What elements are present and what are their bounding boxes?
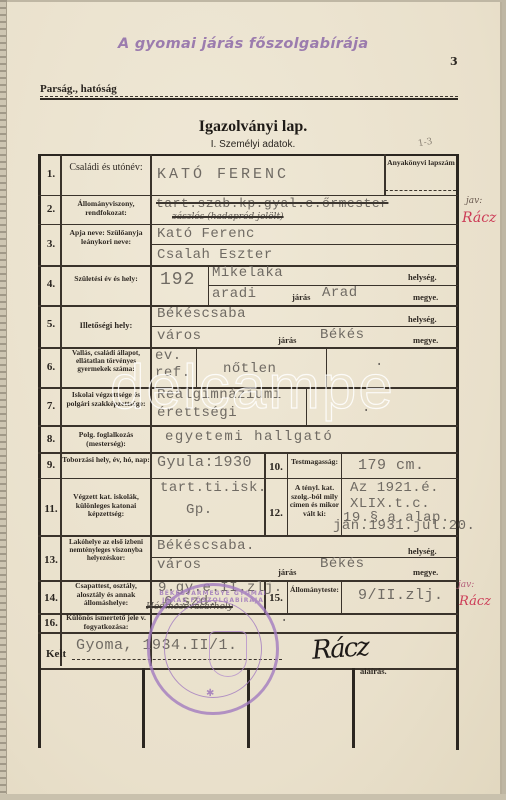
authority-label: Parság., hatóság [40, 83, 117, 95]
seal-crest-icon [209, 631, 247, 677]
signature-label: aláírás. [360, 666, 387, 676]
row-sep [38, 224, 458, 225]
occupation: egyetemi hallgató [165, 429, 333, 445]
residence-district: város [157, 328, 202, 344]
official-seal: BÉKÉSVÁRMEGYE GYOMAI JÁRÁS FŐSZOLGABÍRÁJ… [147, 583, 279, 715]
col-divider [287, 580, 288, 613]
col-divider [208, 265, 209, 305]
suffix: járás [278, 567, 296, 577]
suffix: helység. [408, 314, 437, 324]
residence-place: Békéscsaba [157, 306, 246, 322]
page-bottom-edge [0, 794, 506, 800]
military-school-line1: tart.ti.isk. [160, 480, 267, 496]
row-label: Családi és utónév: [62, 162, 150, 173]
row-label: Állományviszony, rendfokozat: [62, 200, 150, 217]
row-sep [38, 535, 458, 537]
suffix: helység. [408, 272, 437, 282]
row-number: 7. [41, 400, 61, 412]
surname-field: KATÓ FERENC [157, 166, 289, 183]
row-number: 13. [41, 554, 61, 566]
discharge-line1: Az 1921.é. [350, 480, 439, 496]
row-label: A tényl. kat. szolg.-ból mily címen és m… [288, 484, 341, 518]
registry-label: Anyakönyvi lapszám [386, 159, 456, 168]
row-number: 4. [41, 278, 61, 290]
bottom-col [142, 668, 145, 748]
discharge-line4: ján.1931.júl.20. [333, 518, 475, 534]
first-residence-district: város [157, 557, 202, 573]
row-number: 1. [41, 168, 61, 180]
recruitment: Gyula:1930 [157, 454, 252, 471]
authority-stamp: A gyomai járás főszolgabírája [118, 36, 369, 52]
row-number: 12. [266, 507, 286, 519]
row-sep [38, 305, 458, 307]
suffix: helység. [408, 546, 437, 556]
registry-dashed [385, 190, 456, 191]
correction-signature: Rácz [462, 210, 496, 226]
signature: Rácz [311, 632, 369, 666]
bottom-col [352, 668, 355, 748]
suffix: megye. [413, 567, 438, 577]
bottom-col [456, 668, 459, 750]
birth-district: aradi [212, 286, 257, 302]
table-border-top [38, 154, 459, 156]
row-sep [150, 244, 458, 245]
row-number: 10. [266, 461, 286, 473]
seal-star-icon: ✱ [206, 688, 214, 699]
watermark: delcampe [110, 352, 395, 423]
suffix: megye. [413, 292, 438, 302]
row-label: Toborzási hely, év, hó, nap: [62, 456, 150, 465]
correction-label: jav: [458, 580, 474, 590]
first-residence-place: Békéscsaba. [157, 538, 255, 554]
birth-year: 192 [160, 270, 195, 290]
page-number: 3 [450, 55, 458, 68]
seal-text: BÉKÉSVÁRMEGYE GYOMAI JÁRÁS FŐSZOLGABÍRÁJ… [150, 590, 276, 604]
row-number: 8. [41, 433, 61, 445]
row-label: Végzett kat. iskolák, különleges katonai… [62, 493, 150, 519]
bottom-col [38, 668, 41, 748]
row-sep [150, 326, 458, 327]
row-number: 5. [41, 318, 61, 330]
birth-place: Mikelaka [212, 265, 283, 281]
birth-county: Arad [322, 285, 358, 301]
row-sep [38, 425, 458, 427]
residence-county: Békés [320, 327, 365, 343]
special-marks: . [280, 610, 289, 626]
military-school-line2: Gp. [186, 502, 213, 518]
row-label: Polg. foglalkozás (mesterség): [62, 431, 150, 448]
row-number: 9. [41, 459, 61, 471]
father-name: Kató Ferenc [157, 226, 255, 242]
row-number: 16. [41, 617, 61, 629]
correction-label: jav: [466, 196, 482, 206]
mother-name: Csalah Eszter [157, 247, 273, 263]
seal-inner-ring [164, 600, 262, 698]
issued-label: Kelt [46, 648, 66, 660]
row-label: Lakóhelye az első izbeni nemtényleges vi… [62, 538, 150, 562]
row-label: Csapattest, osztály, alosztály és annak … [62, 582, 150, 608]
row-number: 2. [41, 203, 61, 215]
row-number: 11. [41, 503, 61, 515]
suffix: megye. [413, 335, 438, 345]
row-label: Állományteste: [288, 586, 341, 595]
first-residence-county: Békés [320, 556, 365, 572]
unit-assignment: 9/II.zlj. [358, 587, 444, 604]
suffix: járás [292, 292, 310, 302]
height: 179 cm. [358, 457, 425, 474]
form-title: Igazolványi lap. [0, 118, 506, 136]
col-divider [341, 580, 342, 613]
authority-line [40, 96, 458, 100]
row-number: 6. [41, 361, 61, 373]
suffix: járás [278, 335, 296, 345]
row-number: 3. [41, 238, 61, 250]
row-label: Apja neve: Szülőanyja leánykori neve: [62, 229, 150, 246]
row-sep [38, 478, 458, 479]
correction-signature: Rácz [459, 594, 491, 609]
row-number: 14. [41, 592, 61, 604]
row-label: Testmagasság: [288, 458, 341, 467]
row-label: Születési év és hely: [62, 275, 150, 284]
row-label: Illetőségi hely: [62, 321, 150, 330]
rank-handwritten: zászlós (hadapród jelölt) [172, 212, 284, 222]
row-label: Különös ismertető jele v. fogyatkozása: [62, 614, 150, 631]
rank-struck: tart.szab.kp.gyal.c.őrmester [156, 196, 388, 211]
